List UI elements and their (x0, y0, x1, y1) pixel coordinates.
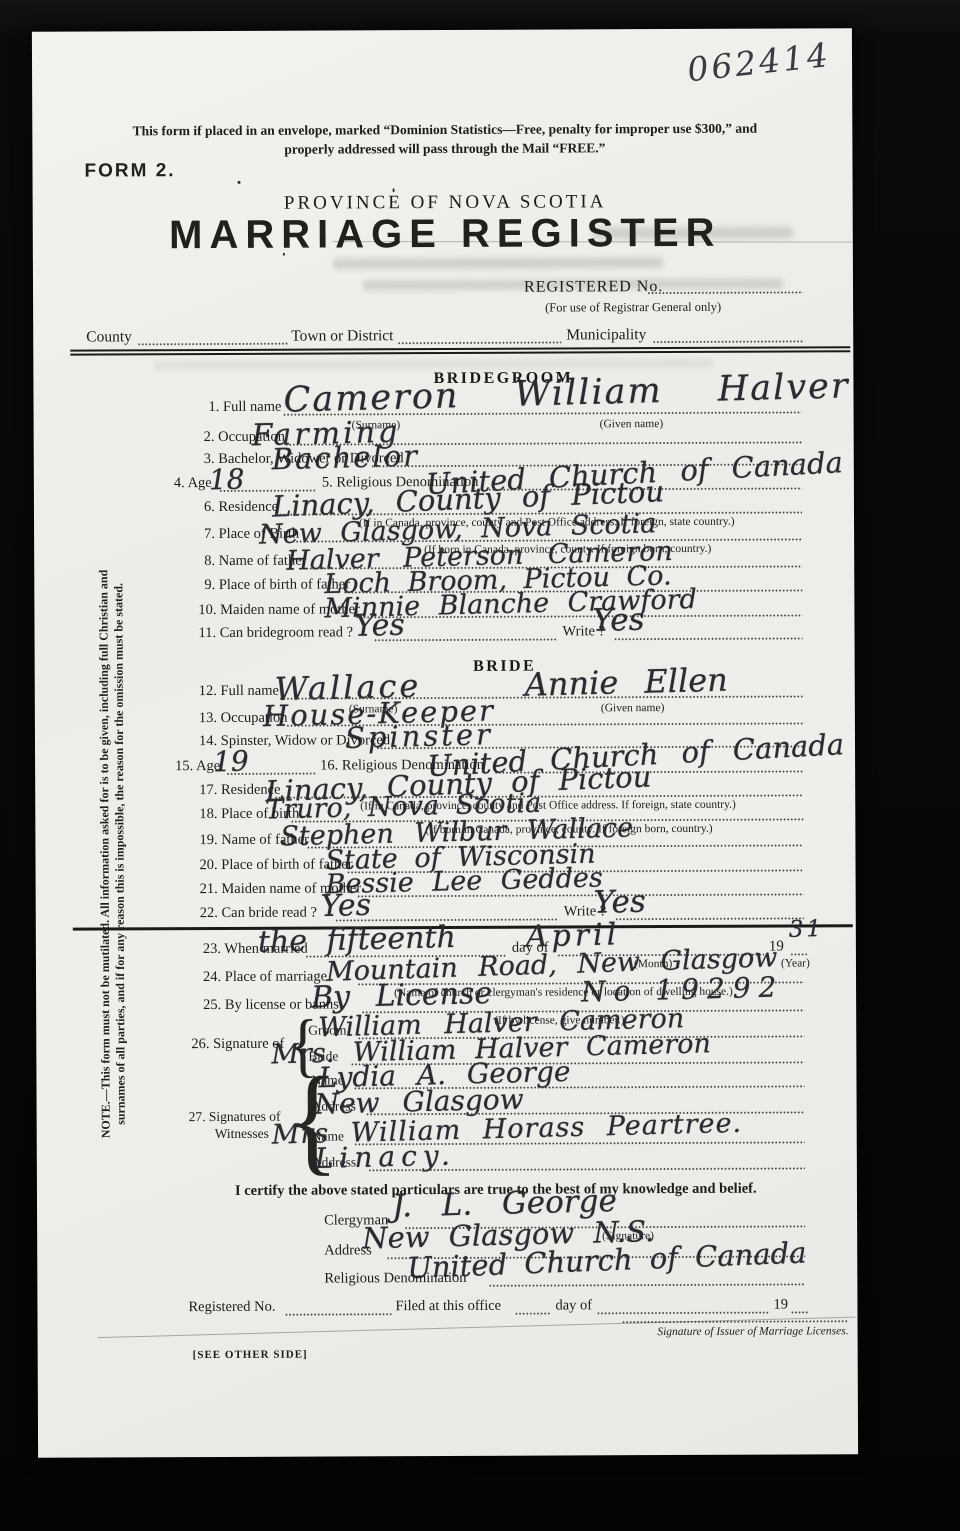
dotted-leader (375, 639, 557, 642)
register-title: MARRIAGE REGISTER (88, 210, 803, 258)
groom-father-birthplace-label: 9. Place of birth of father (204, 576, 350, 594)
bride-literacy-label: 22. Can bride read ? (200, 905, 317, 923)
groom-residence-label: 6. Residence (204, 499, 278, 516)
dotted-leader (791, 953, 807, 955)
dotted-leader (489, 1283, 805, 1286)
side-note-line2: surnames of all parties, and if for any … (111, 531, 129, 1176)
bride-age-label: 15. Age (175, 758, 220, 775)
issuer-signature-caption: Signature of Issuer of Marriage Licenses… (623, 1325, 849, 1338)
dotted-leader (791, 1311, 809, 1313)
issuer-signature-line (623, 1320, 849, 1323)
dotted-leader (597, 1312, 769, 1315)
office-day-of-label: day of (555, 1297, 592, 1314)
groom-mother-maiden-label: 10. Maiden name of mother (198, 601, 360, 619)
office-year-prefix: 19 (773, 1297, 788, 1314)
dotted-leader (398, 341, 561, 344)
witnesses-label-line1: 27. Signatures of (189, 1109, 281, 1125)
municipality-label: Municipality (566, 326, 646, 344)
registrar-only-note: (For use of Registrar General only) (545, 300, 721, 316)
county-label: County (86, 328, 132, 346)
dotted-leader (615, 637, 803, 640)
ink-bleed-ghost (333, 257, 663, 269)
witnesses-label-line2: Witnesses (215, 1126, 269, 1142)
form-label: FORM 2. (84, 160, 175, 182)
groom-write-value: Yes (592, 602, 645, 639)
dust-speck (238, 181, 241, 184)
dotted-leader (285, 1313, 391, 1315)
groom-literacy-label: 11. Can bridegroom read ? (198, 624, 353, 642)
year-caption: (Year) (781, 957, 810, 969)
mail-notice-line1: This form if placed in an envelope, mark… (87, 120, 802, 139)
filed-at-office-label: Filed at this office (395, 1298, 501, 1315)
scanned-page: 062414 This form if placed in an envelop… (0, 0, 960, 1531)
bride-occupation-label: 13. Occupation (199, 710, 288, 727)
dotted-leader (515, 1313, 551, 1315)
dotted-leader (616, 917, 804, 920)
groom-father-name-label: 8. Name of father (204, 553, 306, 570)
town-district-label: Town or District (291, 327, 393, 345)
dotted-leader (648, 291, 803, 294)
given-name-caption: (Given name) (600, 418, 664, 430)
married-year-value: 31 (788, 916, 824, 943)
office-registered-no-label: Registered No. (188, 1299, 275, 1316)
mail-notice-line2: properly addressed will pass through the… (87, 139, 802, 158)
clergyman-denomination-label: Religious Denomination (324, 1270, 466, 1288)
clergyman-address-label: Address (324, 1242, 372, 1259)
dotted-leader (653, 340, 803, 343)
stamp-number: 062414 (685, 35, 832, 89)
groom-age-label: 4. Age (174, 475, 212, 492)
dotted-leader (138, 343, 288, 346)
groom-birthplace-label: 7. Place of Birth (204, 526, 299, 543)
bride-write-value: Yes (593, 884, 646, 921)
when-married-label: 23. When married (203, 941, 308, 958)
groom-fullname-label: 1. Full name (208, 399, 281, 416)
see-other-side-label: [SEE OTHER SIDE] (193, 1349, 308, 1362)
marriage-register-document: 062414 This form if placed in an envelop… (32, 28, 858, 1458)
registered-no-label: REGISTERED No. (524, 278, 663, 297)
bride-father-name-label: 19. Name of father (199, 832, 309, 849)
section-divider-rule (73, 924, 853, 930)
bride-fullname-label: 12. Full name (199, 683, 279, 700)
marriage-place-label: 24. Place of marriage (203, 969, 327, 987)
given-name-caption: (Given name) (601, 702, 665, 714)
side-note-vertical: NOTE.—This form must not be mutilated. A… (96, 531, 147, 1176)
